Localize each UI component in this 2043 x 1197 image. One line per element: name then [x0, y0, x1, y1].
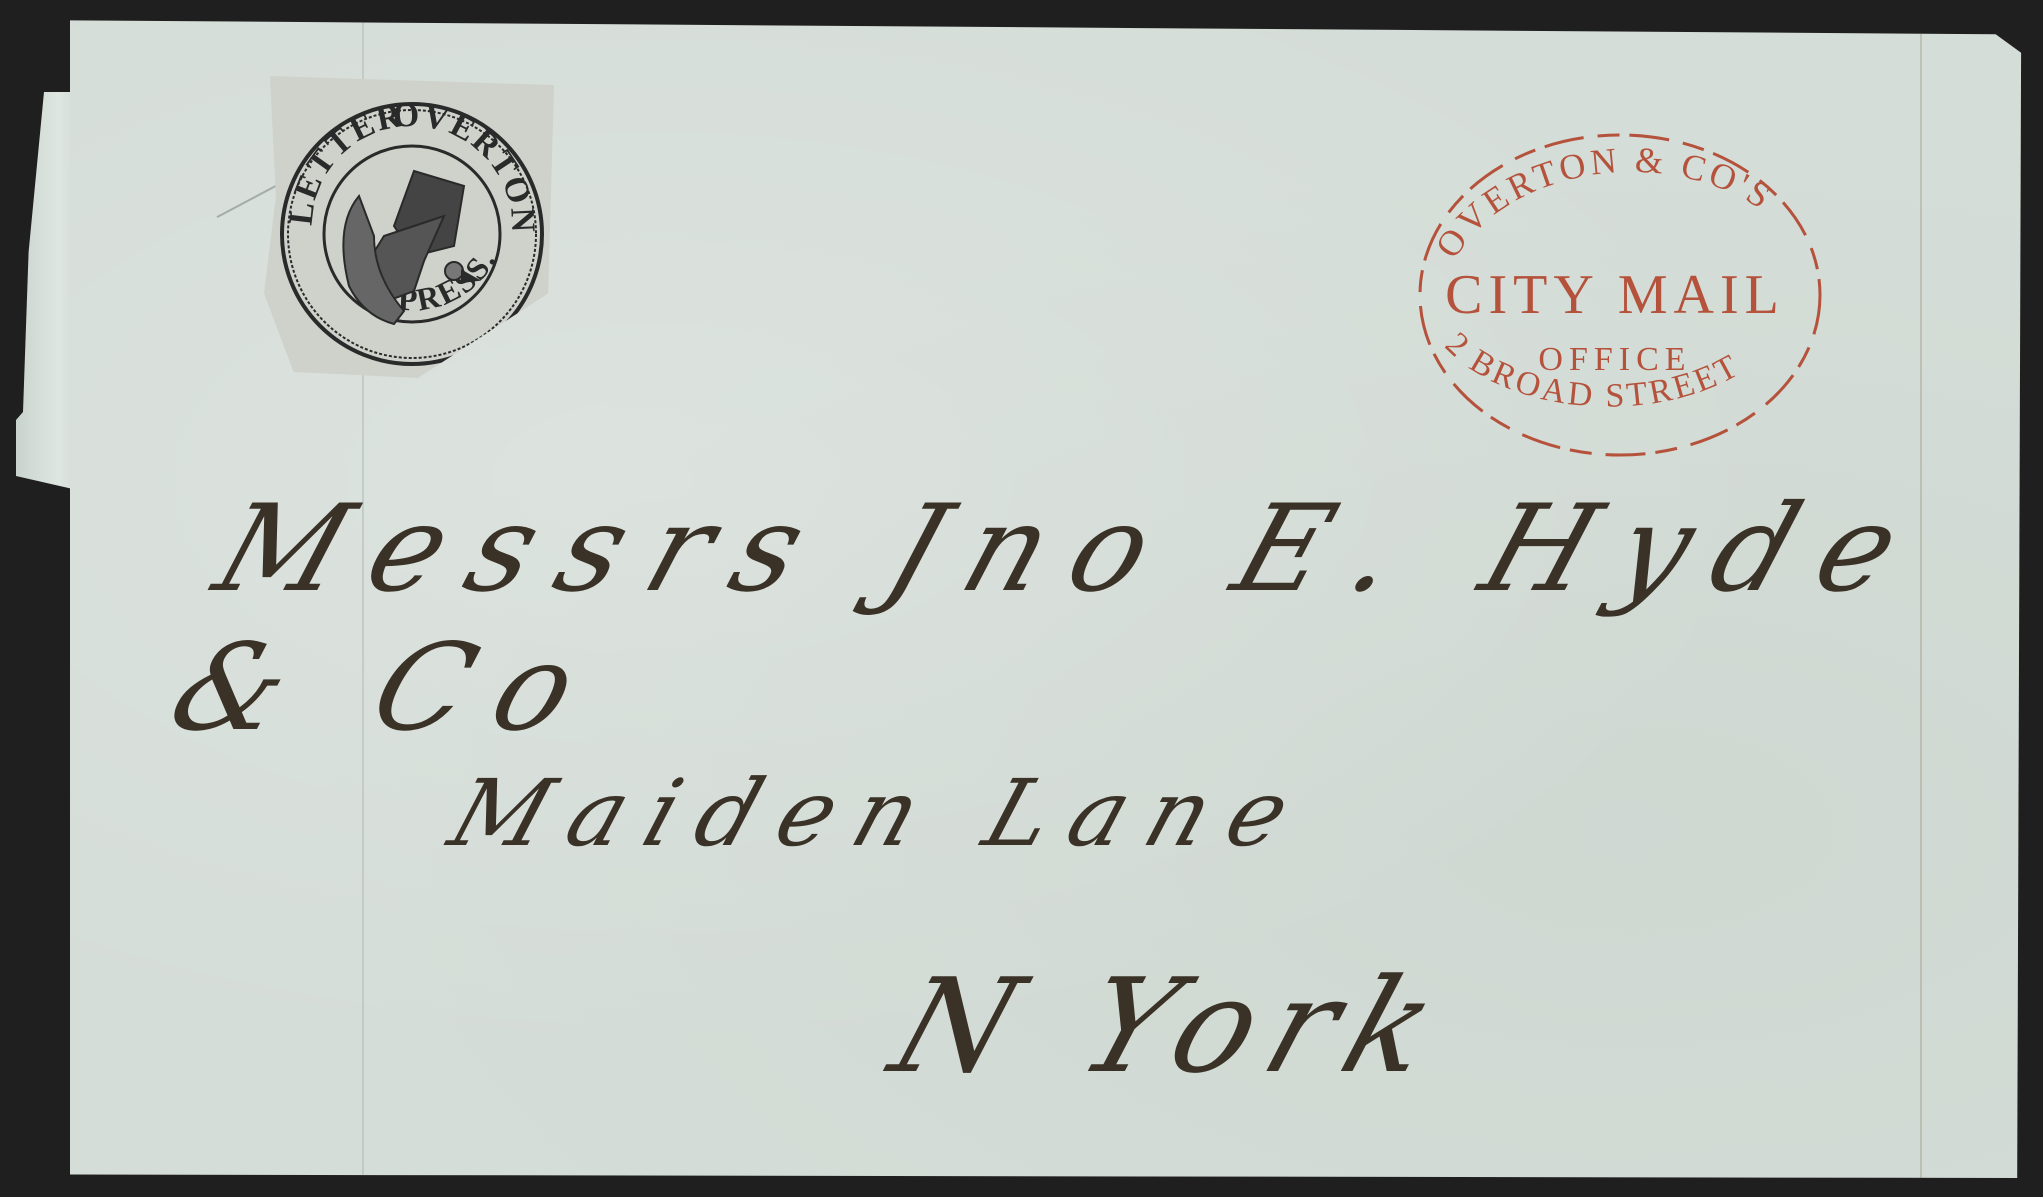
- postmark-city-mail: CITY MAIL: [1445, 264, 1785, 326]
- city-mail-postmark: OVERTON & CO'S CITY MAIL OFFICE 2 BROAD …: [1405, 125, 1845, 465]
- stamp-text-left: LETTER: [282, 97, 406, 227]
- svg-text:LETTER: LETTER: [282, 97, 406, 227]
- address-line-street: Maiden Lane: [438, 760, 1325, 867]
- postmark-top-arc: OVERTON & CO'S: [1428, 140, 1782, 265]
- address-line-recipient: Messrs Jno E. Hyde & Co: [155, 480, 2043, 758]
- address-line-city: N York: [875, 950, 1469, 1102]
- svg-text:OVERTON & CO'S: OVERTON & CO'S: [1428, 140, 1782, 265]
